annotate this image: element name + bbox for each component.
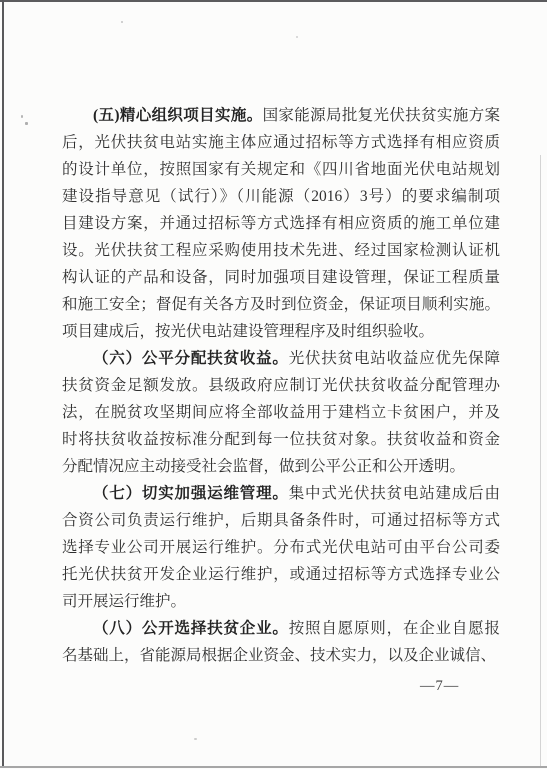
page-edge-left — [2, 0, 4, 767]
text-line: 法，在脱贫攻坚期间应将全部收益用于建档立卡贫困户，并及 — [62, 399, 500, 426]
paragraph-para-6: （六）公平分配扶贫收益。光伏扶贫电站收益应优先保障扶贫资金足额发放。县级政府应制… — [62, 345, 500, 480]
text-line: 分配情况应主动接受社会监督，做到公平公正和公开透明。 — [62, 453, 500, 480]
paragraph-heading: (五)精心组织项目实施。 — [93, 107, 263, 124]
text-line: （七）切实加强运维管理。集中式光伏扶贫电站建成后由 — [62, 480, 500, 507]
paragraph-para-7: （七）切实加强运维管理。集中式光伏扶贫电站建成后由合资公司负责运行维护，后期具备… — [62, 480, 500, 615]
paragraph-body-start: 国家能源局批复光伏扶贫实施方案 — [263, 107, 500, 124]
text-line: 托光伏扶贫开发企业运行维护，或通过招标等方式选择专业公 — [62, 561, 500, 588]
scan-speck — [25, 122, 28, 125]
text-line: 时将扶贫收益按标准分配到每一位扶贫对象。扶贫收益和资金 — [62, 426, 500, 453]
scan-speck — [194, 738, 197, 740]
paragraph-para-8: （八）公开选择扶贫企业。按照自愿原则，在企业自愿报名基础上，省能源局根据企业资金… — [62, 615, 500, 669]
paragraph-body-start: 光伏扶贫电站收益应优先保障 — [289, 350, 500, 367]
scan-speck — [296, 36, 298, 38]
page-edge-right — [540, 155, 541, 767]
scan-speck — [21, 115, 23, 118]
paragraph-heading: （六）公平分配扶贫收益。 — [93, 350, 289, 367]
text-line: 后，光伏扶贫电站实施主体应通过招标等方式选择有相应资质 — [62, 129, 500, 156]
text-line: 设。光伏扶贫工程应采购使用技术先进、经过国家检测认证机 — [62, 237, 500, 264]
text-line: 建设指导意见（试行）》（川能源（2016）3号）的要求编制项 — [62, 183, 500, 210]
page-edge-top — [0, 0, 547, 2]
paragraph-heading: （七）切实加强运维管理。 — [93, 485, 289, 502]
text-line: 和施工安全；督促有关各方及时到位资金，保证项目顺利实施。 — [62, 291, 500, 318]
paragraph-heading: （八）公开选择扶贫企业。 — [93, 620, 289, 637]
text-line: （六）公平分配扶贫收益。光伏扶贫电站收益应优先保障 — [62, 345, 500, 372]
paragraph-body-start: 按照自愿原则，在企业自愿报 — [289, 620, 500, 637]
page-number: —7— — [420, 676, 459, 696]
text-line: 选择专业公司开展运行维护。分布式光伏电站可由平台公司委 — [62, 534, 500, 561]
text-line: 目建设方案，并通过招标等方式选择有相应资质的施工单位建 — [62, 210, 500, 237]
text-line: (五)精心组织项目实施。国家能源局批复光伏扶贫实施方案 — [62, 102, 500, 129]
text-line: 合资公司负责运行维护，后期具备条件时，可通过招标等方式 — [62, 507, 500, 534]
document-body: (五)精心组织项目实施。国家能源局批复光伏扶贫实施方案后，光伏扶贫电站实施主体应… — [62, 102, 500, 669]
paragraph-para-5: (五)精心组织项目实施。国家能源局批复光伏扶贫实施方案后，光伏扶贫电站实施主体应… — [62, 102, 500, 345]
text-line: 构认证的产品和设备，同时加强项目建设管理，保证工程质量 — [62, 264, 500, 291]
scanned-page: (五)精心组织项目实施。国家能源局批复光伏扶贫实施方案后，光伏扶贫电站实施主体应… — [0, 0, 547, 769]
text-line: 司开展运行维护。 — [62, 588, 500, 615]
scan-speck — [121, 21, 123, 23]
page-edge-bottom — [0, 766, 547, 768]
text-line: 扶贫资金足额发放。县级政府应制订光伏扶贫收益分配管理办 — [62, 372, 500, 399]
text-line: 项目建成后，按光伏电站建设管理程序及时组织验收。 — [62, 318, 500, 345]
text-line: （八）公开选择扶贫企业。按照自愿原则，在企业自愿报 — [62, 615, 500, 642]
text-line: 的设计单位，按照国家有关规定和《四川省地面光伏电站规划 — [62, 156, 500, 183]
paragraph-body-start: 集中式光伏扶贫电站建成后由 — [289, 485, 500, 502]
text-line: 名基础上，省能源局根据企业资金、技术实力，以及企业诚信、 — [62, 642, 500, 669]
